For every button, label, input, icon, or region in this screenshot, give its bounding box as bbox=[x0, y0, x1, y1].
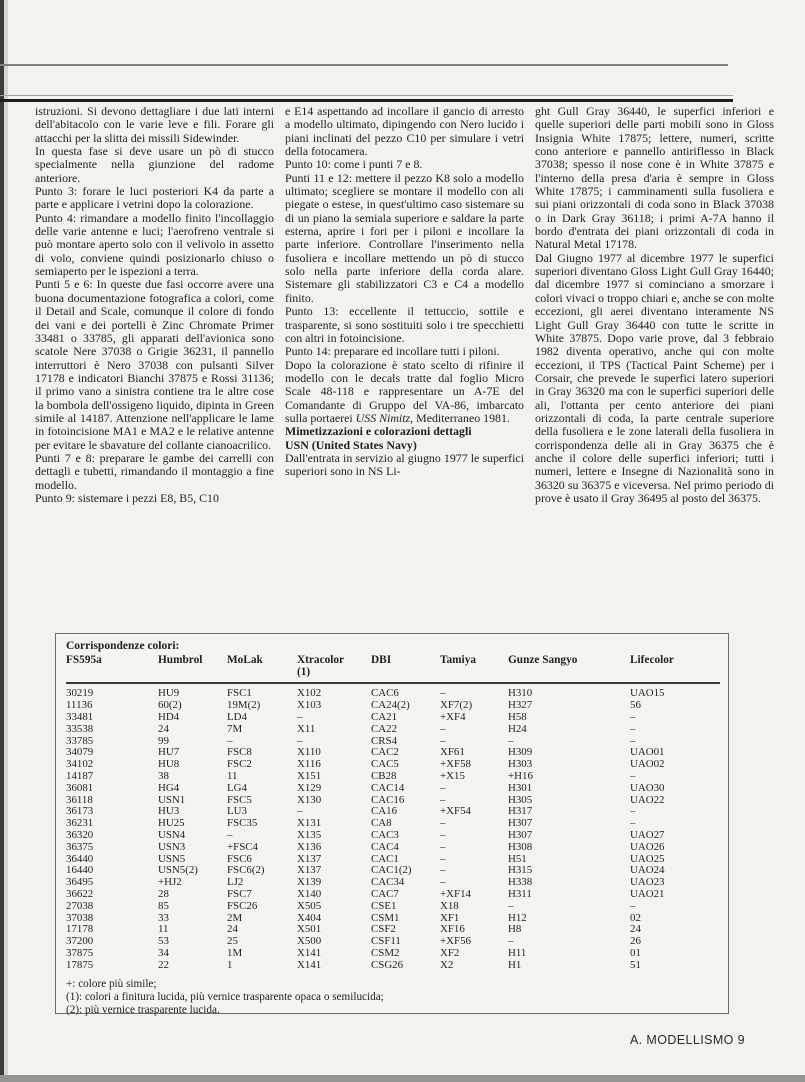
column-1: istruzioni. Si devono dettagliare i due … bbox=[35, 105, 274, 505]
table-cell: 22 bbox=[158, 960, 227, 972]
table-cell: 27038 bbox=[66, 901, 158, 913]
paragraph: Dopo la colorazione è stato scelto di ri… bbox=[285, 359, 524, 426]
table-cell: H8 bbox=[508, 924, 630, 936]
table-row: 3662228FSC7X140CAC7+XF14H311UAO21 bbox=[66, 889, 720, 901]
table-cell: HG4 bbox=[158, 783, 227, 795]
subsection-heading: USN (United States Navy) bbox=[285, 439, 524, 452]
column-header-lifecolor: Lifecolor bbox=[630, 654, 720, 683]
table-cell: FSC35 bbox=[227, 818, 297, 830]
table-cell: H11 bbox=[508, 948, 630, 960]
paragraph: Punto 13: eccellente il tettuccio, sotti… bbox=[285, 305, 524, 345]
paragraph: istruzioni. Si devono dettagliare i due … bbox=[35, 105, 274, 145]
paragraph: e E14 aspettando ad incollare il gancio … bbox=[285, 105, 524, 158]
table-cell: H12 bbox=[508, 913, 630, 925]
table-cell: – bbox=[508, 901, 630, 913]
table-cell: – bbox=[440, 854, 508, 866]
table-cell: FSC2 bbox=[227, 759, 297, 771]
column-header-humbrol: Humbrol bbox=[158, 654, 227, 683]
table-cell: X140 bbox=[297, 889, 371, 901]
color-table-body: 30219HU9FSC1X102CAC6–H310UAO151113660(2)… bbox=[66, 683, 720, 971]
table-footnotes: +: colore più simile;(1): colori a finit… bbox=[66, 978, 718, 1018]
page-footer: A. MODELLISMO 9 bbox=[630, 1033, 745, 1047]
footnote: (2): più vernice trasparente lucida. bbox=[66, 1004, 718, 1017]
table-row: 17875221X141CSG26X2H151 bbox=[66, 960, 720, 972]
table-cell: UAO26 bbox=[630, 842, 720, 854]
table-cell: 37875 bbox=[66, 948, 158, 960]
paragraph: Punto 4: rimandare a modello finito l'in… bbox=[35, 212, 274, 279]
paragraph: Punto 9: sistemare i pezzi E8, B5, C10 bbox=[35, 492, 274, 505]
table-cell: 02 bbox=[630, 913, 720, 925]
table-cell: +FSC4 bbox=[227, 842, 297, 854]
paragraph: Punto 14: preparare ed incollare tutti i… bbox=[285, 345, 524, 358]
table-cell: HU9 bbox=[158, 683, 227, 700]
table-cell: X141 bbox=[297, 948, 371, 960]
table-cell: CAC6 bbox=[371, 683, 440, 700]
column-1-paragraphs: istruzioni. Si devono dettagliare i due … bbox=[35, 105, 274, 505]
table-cell: 26 bbox=[630, 936, 720, 948]
table-cell: XF2 bbox=[440, 948, 508, 960]
table-row: 2703885FSC26X505CSE1X18–– bbox=[66, 901, 720, 913]
table-cell: X129 bbox=[297, 783, 371, 795]
table-cell: 85 bbox=[158, 901, 227, 913]
table-cell: CSE1 bbox=[371, 901, 440, 913]
table-cell: – bbox=[440, 865, 508, 877]
scan-edge-bottom bbox=[0, 1075, 805, 1082]
table-cell: H24 bbox=[508, 724, 630, 736]
table-cell: 17875 bbox=[66, 960, 158, 972]
table-row: 141873811X151CB28+X15+H16– bbox=[66, 771, 720, 783]
table-row: 33538247MX11CA22–H24– bbox=[66, 724, 720, 736]
table-cell: CAC7 bbox=[371, 889, 440, 901]
table-cell: CAC3 bbox=[371, 830, 440, 842]
table-cell: 36375 bbox=[66, 842, 158, 854]
paragraph: ght Gull Gray 36440, le superfici inferi… bbox=[535, 105, 774, 252]
paragraph: Punti 7 e 8: preparare le gambe dei carr… bbox=[35, 452, 274, 492]
table-cell: USN3 bbox=[158, 842, 227, 854]
table-cell: H310 bbox=[508, 683, 630, 700]
header-rule-thick bbox=[0, 99, 733, 102]
table-cell: X505 bbox=[297, 901, 371, 913]
table-cell: – bbox=[440, 818, 508, 830]
table-cell: H1 bbox=[508, 960, 630, 972]
table-cell: H301 bbox=[508, 783, 630, 795]
table-cell: X130 bbox=[297, 795, 371, 807]
color-table-box: Corrispondenze colori: FS595a Humbrol Mo… bbox=[55, 633, 729, 1014]
table-cell: – bbox=[440, 830, 508, 842]
table-row: 37875341MX141CSM2XF2H1101 bbox=[66, 948, 720, 960]
table-cell: X103 bbox=[297, 700, 371, 712]
table-row: 36081HG4LG4X129CAC14–H301UAO30 bbox=[66, 783, 720, 795]
table-cell: UAO27 bbox=[630, 830, 720, 842]
table-cell: +H16 bbox=[508, 771, 630, 783]
color-correspondence-table: FS595a Humbrol MoLak Xtracolor (1) DBI T… bbox=[66, 654, 720, 972]
table-title: Corrispondenze colori: bbox=[66, 640, 718, 653]
table-cell: 01 bbox=[630, 948, 720, 960]
table-cell: CA22 bbox=[371, 724, 440, 736]
table-cell: – bbox=[440, 724, 508, 736]
column-header-dbi: DBI bbox=[371, 654, 440, 683]
table-cell: CAC14 bbox=[371, 783, 440, 795]
header-rule-thin bbox=[0, 95, 733, 96]
section-heading: Mimetizzazioni e colorazioni dettagli bbox=[285, 425, 524, 438]
table-cell: – bbox=[630, 771, 720, 783]
table-cell: +XF14 bbox=[440, 889, 508, 901]
table-cell: FSC7 bbox=[227, 889, 297, 901]
ship-name-italic: USS Nimitz bbox=[356, 411, 411, 425]
paragraph: Punti 5 e 6: In queste due fasi occorre … bbox=[35, 278, 274, 451]
paragraph: In questa fase si deve usare un pò di st… bbox=[35, 145, 274, 185]
column-header-tamiya: Tamiya bbox=[440, 654, 508, 683]
table-cell: X136 bbox=[297, 842, 371, 854]
table-cell: X11 bbox=[297, 724, 371, 736]
table-cell: UAO21 bbox=[630, 889, 720, 901]
table-cell: 24 bbox=[630, 924, 720, 936]
top-thin-rule bbox=[0, 64, 728, 66]
table-cell: X18 bbox=[440, 901, 508, 913]
paragraph: Dall'entrata in servizio al giugno 1977 … bbox=[285, 452, 524, 479]
table-cell: CSM2 bbox=[371, 948, 440, 960]
column-3: ght Gull Gray 36440, le superfici inferi… bbox=[535, 105, 774, 505]
table-cell: – bbox=[630, 901, 720, 913]
table-cell: – bbox=[440, 783, 508, 795]
table-row: 30219HU9FSC1X102CAC6–H310UAO15 bbox=[66, 683, 720, 700]
table-cell: 33538 bbox=[66, 724, 158, 736]
table-cell: 30219 bbox=[66, 683, 158, 700]
table-cell: – bbox=[630, 724, 720, 736]
table-cell: – bbox=[227, 830, 297, 842]
column-header-fs595a: FS595a bbox=[66, 654, 158, 683]
table-cell: FSC1 bbox=[227, 683, 297, 700]
table-row: 36375USN3+FSC4X136CAC4–H308UAO26 bbox=[66, 842, 720, 854]
table-cell: 11 bbox=[227, 771, 297, 783]
table-cell: H311 bbox=[508, 889, 630, 901]
table-cell: H308 bbox=[508, 842, 630, 854]
table-cell: FSC26 bbox=[227, 901, 297, 913]
table-cell: 24 bbox=[158, 724, 227, 736]
table-cell: 51 bbox=[630, 960, 720, 972]
table-cell: – bbox=[630, 806, 720, 818]
paragraph: Punti 11 e 12: mettere il pezzo K8 solo … bbox=[285, 172, 524, 305]
table-cell: – bbox=[630, 712, 720, 724]
table-cell: USN4 bbox=[158, 830, 227, 842]
paragraph: Punto 10: come i punti 7 e 8. bbox=[285, 158, 524, 171]
table-cell: – bbox=[508, 936, 630, 948]
table-cell: X102 bbox=[297, 683, 371, 700]
scan-edge-left-soft bbox=[4, 0, 8, 1082]
table-cell: 56 bbox=[630, 700, 720, 712]
column-3-paragraphs: ght Gull Gray 36440, le superfici inferi… bbox=[535, 105, 774, 505]
table-cell: +X15 bbox=[440, 771, 508, 783]
column-header-xtracolor-label: Xtracolor bbox=[297, 654, 371, 666]
footnote: +: colore più simile; bbox=[66, 978, 718, 991]
paragraph: Dal Giugno 1977 al dicembre 1977 le supe… bbox=[535, 252, 774, 506]
table-cell: 36622 bbox=[66, 889, 158, 901]
table-cell: UAO30 bbox=[630, 783, 720, 795]
table-cell: UAO15 bbox=[630, 683, 720, 700]
column-2: e E14 aspettando ad incollare il gancio … bbox=[285, 105, 524, 505]
table-cell: – bbox=[440, 842, 508, 854]
table-cell: 36081 bbox=[66, 783, 158, 795]
table-cell: X135 bbox=[297, 830, 371, 842]
table-cell: – bbox=[440, 683, 508, 700]
table-header-row: FS595a Humbrol MoLak Xtracolor (1) DBI T… bbox=[66, 654, 720, 683]
column-header-molak: MoLak bbox=[227, 654, 297, 683]
table-cell: +XF4 bbox=[440, 712, 508, 724]
table-cell: X151 bbox=[297, 771, 371, 783]
column-header-xtracolor-note: (1) bbox=[297, 666, 371, 678]
table-cell: 38 bbox=[158, 771, 227, 783]
table-cell: LG4 bbox=[227, 783, 297, 795]
footnote: (1): colori a finitura lucida, più verni… bbox=[66, 991, 718, 1004]
table-cell: CB28 bbox=[371, 771, 440, 783]
table-cell: UAO02 bbox=[630, 759, 720, 771]
column-header-gunze-sangyo: Gunze Sangyo bbox=[508, 654, 630, 683]
magazine-page: istruzioni. Si devono dettagliare i due … bbox=[0, 0, 805, 1082]
paragraph: Punto 3: forare le luci posteriori K4 da… bbox=[35, 185, 274, 212]
table-cell: 36320 bbox=[66, 830, 158, 842]
table-cell: CAC4 bbox=[371, 842, 440, 854]
column-2-paragraphs: e E14 aspettando ad incollare il gancio … bbox=[285, 105, 524, 359]
table-cell: UAO22 bbox=[630, 795, 720, 807]
table-cell: 14187 bbox=[66, 771, 158, 783]
article-columns: istruzioni. Si devono dettagliare i due … bbox=[35, 105, 775, 505]
table-cell: 1M bbox=[227, 948, 297, 960]
table-cell: 28 bbox=[158, 889, 227, 901]
table-cell: +XF54 bbox=[440, 806, 508, 818]
column-header-xtracolor: Xtracolor (1) bbox=[297, 654, 371, 683]
table-cell: 1 bbox=[227, 960, 297, 972]
table-row: 36320USN4–X135CAC3–H307UAO27 bbox=[66, 830, 720, 842]
table-cell: 34 bbox=[158, 948, 227, 960]
table-cell: X2 bbox=[440, 960, 508, 972]
table-cell: CSG26 bbox=[371, 960, 440, 972]
text-run: , Mediterraneo 1981. bbox=[410, 411, 510, 425]
table-cell: H307 bbox=[508, 830, 630, 842]
table-cell: 7M bbox=[227, 724, 297, 736]
table-cell: X141 bbox=[297, 960, 371, 972]
